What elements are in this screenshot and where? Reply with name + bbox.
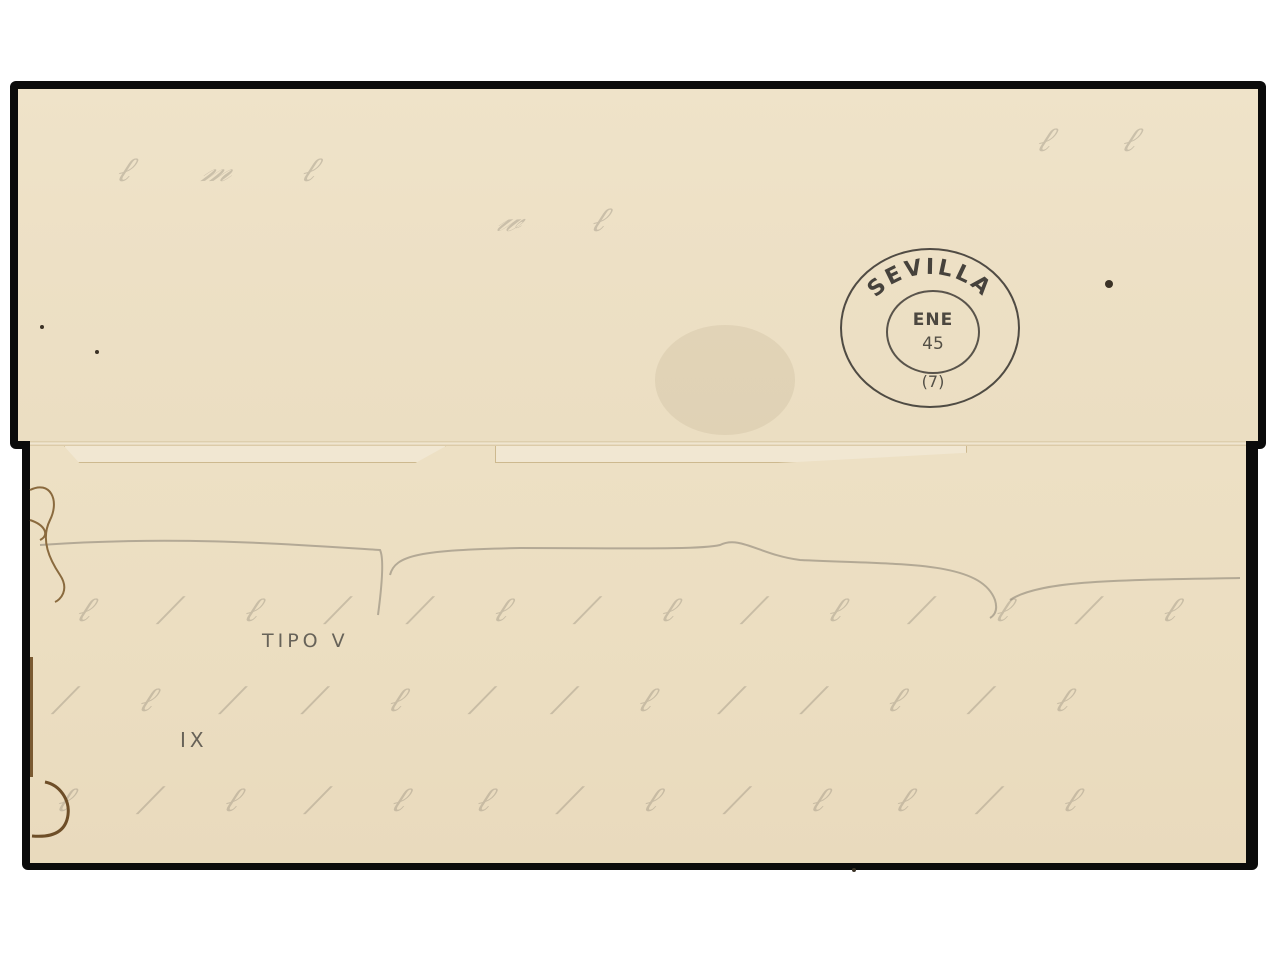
paper-spot	[40, 325, 44, 329]
svg-text:SEVILLA: SEVILLA	[863, 255, 997, 303]
bleed-through-writing: ℓ ℓ	[1031, 120, 1179, 160]
paper-spot	[852, 868, 856, 872]
pencil-note-type: TIPO V	[262, 630, 349, 652]
bleed-through-writing: / ℓ / / ℓ / / ℓ / / ℓ / ℓ	[51, 680, 1112, 720]
pencil-note-number: IX	[180, 728, 208, 752]
bleed-through-writing: ℓ / ℓ / / ℓ / ℓ / ℓ / ℓ / ℓ	[71, 590, 1219, 630]
postmark-city: SEVILLA	[863, 255, 997, 303]
bleed-through-writing: ℓ / ℓ / ℓ ℓ / ℓ / ℓ ℓ / ℓ	[51, 780, 1120, 820]
paper-spot	[95, 350, 99, 354]
postmark-month: ENE	[906, 310, 960, 330]
paper-spot	[1105, 280, 1113, 288]
postmark-year: 45	[906, 334, 960, 354]
faint-stamp-shadow	[655, 325, 795, 435]
manuscript-ink-stroke	[30, 657, 33, 777]
letter-cover: ℓ 𝓂 ℓ 𝓌 ℓ ℓ ℓ ℓ / ℓ / / ℓ / ℓ / ℓ / ℓ / …	[0, 0, 1276, 956]
bleed-through-writing: 𝓌 ℓ	[491, 200, 648, 240]
inner-flap-left	[64, 446, 446, 463]
sevilla-postmark: SEVILLA ENE 45 (7)	[840, 248, 1022, 408]
postmark-code: (7)	[906, 372, 960, 391]
bleed-through-writing: ℓ 𝓂 ℓ	[111, 150, 358, 190]
fold-crease	[30, 441, 1246, 446]
